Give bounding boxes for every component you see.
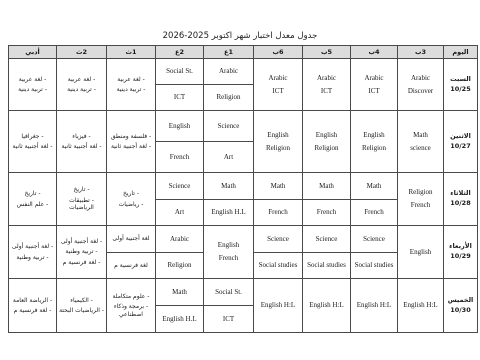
subject-label: Arabic xyxy=(303,74,350,83)
subject-cell-5b-row3: MathFrench xyxy=(302,173,350,226)
subject-label: English xyxy=(351,131,397,140)
column-header-1e: 1ع xyxy=(203,46,253,59)
subject-label: - تربية دينية xyxy=(9,86,56,94)
subject-label: - تربية دينية xyxy=(107,86,155,94)
subject-label: Science xyxy=(351,226,397,252)
subject-cell-4b-row2: EnglishReligion xyxy=(350,111,397,173)
subject-label: Arabic xyxy=(351,74,397,83)
subject-label: لغة فرنسية م xyxy=(107,252,155,279)
subject-label: Religion xyxy=(303,144,350,153)
subject-cell-5b-row5: English H:L xyxy=(302,279,350,333)
document-page: جدول معدل اختبار شهر اكتوبر 2025-2026 ال… xyxy=(0,0,480,360)
subject-label: - تربية وطنية xyxy=(9,254,56,262)
day-cell-10-27: الاثنين10/27 xyxy=(443,111,477,173)
subject-cell-3b-row3: ReligionFrench xyxy=(397,173,443,226)
subject-cell-4b-row5: English H:L xyxy=(350,279,397,333)
subject-cell-adabi-row5: - الرياضة العامة- لغة فرنسية م xyxy=(8,279,56,333)
day-cell-10-30: الخميس10/30 xyxy=(443,279,477,333)
subject-cell-2th-row1: - لغة عربية- تربية دينية xyxy=(56,59,106,111)
subject-cell-1th-row4: لغة أجنبية أولىلغة فرنسية م xyxy=(106,226,155,279)
subject-cell-adabi-row2: - جغرافيا- لغة أجنبية ثانية xyxy=(8,111,56,173)
subject-cell-2e-row5: MathEnglish H.L xyxy=(155,279,203,333)
subject-label: Religion xyxy=(398,188,443,197)
subject-cell-4b-row3: MathFrench xyxy=(350,173,397,226)
subject-label: - تاريخ xyxy=(107,190,155,198)
subject-label: ICT xyxy=(204,305,253,332)
column-header-adabi: أدبي xyxy=(8,46,56,59)
subject-label: French xyxy=(351,199,397,226)
day-date: 10/27 xyxy=(450,142,470,152)
subject-label: Religion xyxy=(204,84,253,110)
subject-label: - لغة أجنبية ثانية xyxy=(107,143,155,151)
subject-label: English H.L xyxy=(156,305,203,332)
day-name: الخميس xyxy=(448,296,474,306)
subject-label: - رياضيات xyxy=(107,201,155,209)
subject-label: - لغة عربية xyxy=(57,76,106,84)
subject-label: English H:L xyxy=(254,301,302,310)
subject-label: English H:L xyxy=(303,301,350,310)
subject-cell-6b-row4: ScienceSocial studies xyxy=(253,226,302,279)
subject-label: English xyxy=(254,131,302,140)
subject-label: - تربية دينية xyxy=(57,86,106,94)
subject-label: Social St. xyxy=(156,59,203,84)
document-title: جدول معدل اختبار شهر اكتوبر 2025-2026 xyxy=(0,31,480,41)
subject-label: - الرياضيات البحتة xyxy=(57,307,106,315)
subject-label: - لغة عربية xyxy=(9,76,56,84)
column-header-1th: 1ث xyxy=(106,46,155,59)
subject-cell-1e-row5: Social St.ICT xyxy=(203,279,253,333)
subject-label: French xyxy=(156,141,203,172)
subject-cell-6b-row1: ArabicICT xyxy=(253,59,302,111)
day-date: 10/28 xyxy=(450,199,470,209)
subject-label: Math xyxy=(398,131,443,140)
subject-label: - لغة فرنسية م xyxy=(57,259,106,267)
subject-label: Art xyxy=(156,199,203,226)
day-cell-10-29: الأربعاء10/29 xyxy=(443,226,477,279)
subject-label: English xyxy=(303,131,350,140)
subject-label: - الرياضة العامة xyxy=(9,297,56,305)
subject-label: Religion xyxy=(351,144,397,153)
subject-cell-6b-row2: EnglishReligion xyxy=(253,111,302,173)
column-header-2e: 2ع xyxy=(155,46,203,59)
subject-cell-6b-row5: English H:L xyxy=(253,279,302,333)
subject-cell-1e-row1: ArabicReligion xyxy=(203,59,253,111)
subject-cell-1th-row2: - فلسفة ومنطق- لغة أجنبية ثانية xyxy=(106,111,155,173)
subject-label: ICT xyxy=(303,87,350,96)
column-header-3b: 3ب xyxy=(397,46,443,59)
subject-cell-1th-row1: - لغة عربية- تربية دينية xyxy=(106,59,155,111)
day-cell-10-28: الثلاثاء10/28 xyxy=(443,173,477,226)
subject-label: Arabic xyxy=(156,226,203,252)
subject-cell-4b-row4: ScienceSocial studies xyxy=(350,226,397,279)
subject-cell-3b-row1: ArabicDiscover xyxy=(397,59,443,111)
subject-label: - تطبيقات الرياضيات xyxy=(57,197,106,212)
subject-cell-2th-row3: - تاريخ- تطبيقات الرياضيات xyxy=(56,173,106,226)
subject-label: Math xyxy=(351,173,397,199)
subject-cell-5b-row1: ArabicICT xyxy=(302,59,350,111)
day-name: الثلاثاء xyxy=(450,189,470,199)
subject-cell-2th-row4: - لغة أجنبية أولى- تربية وطنية- لغة فرنس… xyxy=(56,226,106,279)
column-header-4b: 4ب xyxy=(350,46,397,59)
subject-label: - تاريخ xyxy=(57,186,106,194)
day-cell-10-25: السبت10/25 xyxy=(443,59,477,111)
subject-label: Religion xyxy=(156,252,203,279)
subject-label: - علم النفس xyxy=(9,201,56,209)
subject-label: Science xyxy=(254,226,302,252)
subject-cell-adabi-row3: - تاريخ- علم النفس xyxy=(8,173,56,226)
subject-label: Science xyxy=(156,173,203,199)
subject-label: Math xyxy=(254,173,302,199)
subject-label: Arabic xyxy=(398,74,443,83)
subject-label: English H:L xyxy=(398,301,443,310)
subject-label: ICT xyxy=(254,87,302,96)
day-date: 10/30 xyxy=(450,306,470,316)
subject-label: Science xyxy=(303,226,350,252)
day-name: الأربعاء xyxy=(449,242,472,252)
subject-label: French xyxy=(303,199,350,226)
exam-timetable: اليوم3ب4ب5ب6ب1ع2ع1ث2ثأدبيالسبت10/25Arabi… xyxy=(8,45,478,333)
subject-label: Religion xyxy=(254,144,302,153)
subject-label: - تاريخ xyxy=(9,190,56,198)
subject-label: Arabic xyxy=(204,59,253,84)
subject-cell-2th-row5: - الكيمياء- الرياضيات البحتة xyxy=(56,279,106,333)
subject-cell-2e-row2: EnglishFrench xyxy=(155,111,203,173)
subject-cell-4b-row1: ArabicICT xyxy=(350,59,397,111)
subject-label: English xyxy=(398,248,443,257)
subject-cell-1th-row5: - علوم متكاملة- برمجة وذكاء اصطناعي xyxy=(106,279,155,333)
subject-label: Social studies xyxy=(351,252,397,279)
subject-label: - لغة أجنبية ثانية xyxy=(9,143,56,151)
subject-cell-6b-row3: MathFrench xyxy=(253,173,302,226)
column-header-5b: 5ب xyxy=(302,46,350,59)
subject-cell-3b-row2: Mathscience xyxy=(397,111,443,173)
subject-label: Discover xyxy=(398,87,443,96)
subject-cell-2th-row2: - فيزياء- لغة أجنبية ثانية xyxy=(56,111,106,173)
subject-cell-3b-row4: English xyxy=(397,226,443,279)
day-name: الاثنين xyxy=(450,132,471,142)
subject-cell-2e-row3: ScienceArt xyxy=(155,173,203,226)
subject-label: - لغة فرنسية م xyxy=(9,307,56,315)
subject-label: Social studies xyxy=(303,252,350,279)
subject-label: Arabic xyxy=(254,74,302,83)
column-header-day: اليوم xyxy=(443,46,477,59)
subject-label: English xyxy=(156,111,203,141)
subject-label: - لغة أجنبية أولى xyxy=(57,238,106,246)
subject-cell-2e-row1: Social St.ICT xyxy=(155,59,203,111)
subject-label: French xyxy=(204,254,253,263)
subject-label: - لغة عربية xyxy=(107,76,155,84)
day-date: 10/25 xyxy=(450,85,470,95)
subject-label: Social studies xyxy=(254,252,302,279)
subject-cell-5b-row2: EnglishReligion xyxy=(302,111,350,173)
subject-cell-1e-row3: MathEnglish H.L xyxy=(203,173,253,226)
subject-label: science xyxy=(398,144,443,153)
subject-label: - فيزياء xyxy=(57,133,106,141)
subject-cell-adabi-row4: - لغة أجنبية أولى- تربية وطنية xyxy=(8,226,56,279)
subject-label: - علوم متكاملة xyxy=(107,293,155,301)
subject-cell-1e-row4: EnglishFrench xyxy=(203,226,253,279)
column-header-2th: 2ث xyxy=(56,46,106,59)
subject-label: - برمجة وذكاء اصطناعي xyxy=(107,303,155,318)
subject-cell-adabi-row1: - لغة عربية- تربية دينية xyxy=(8,59,56,111)
subject-label: - الكيمياء xyxy=(57,297,106,305)
subject-label: - لغة أجنبية أولى xyxy=(9,243,56,251)
subject-cell-1th-row3: - تاريخ- رياضيات xyxy=(106,173,155,226)
subject-label: Math xyxy=(204,173,253,199)
subject-label: Science xyxy=(204,111,253,141)
subject-label: Social St. xyxy=(204,279,253,305)
subject-label: - تربية وطنية xyxy=(57,248,106,256)
column-header-6b: 6ب xyxy=(253,46,302,59)
subject-label: French xyxy=(254,199,302,226)
subject-label: لغة أجنبية أولى xyxy=(107,226,155,252)
subject-label: English H.L xyxy=(204,199,253,226)
subject-label: English H:L xyxy=(351,301,397,310)
subject-label: Math xyxy=(303,173,350,199)
day-name: السبت xyxy=(450,75,471,85)
subject-label: Math xyxy=(156,279,203,305)
subject-cell-5b-row4: ScienceSocial studies xyxy=(302,226,350,279)
subject-label: Art xyxy=(204,141,253,172)
subject-label: ICT xyxy=(351,87,397,96)
subject-cell-1e-row2: ScienceArt xyxy=(203,111,253,173)
day-date: 10/29 xyxy=(450,252,470,262)
subject-label: - لغة أجنبية ثانية xyxy=(57,143,106,151)
subject-label: French xyxy=(398,201,443,210)
subject-label: - جغرافيا xyxy=(9,133,56,141)
subject-label: English xyxy=(204,241,253,250)
subject-cell-3b-row5: English H:L xyxy=(397,279,443,333)
subject-label: ICT xyxy=(156,84,203,110)
subject-label: - فلسفة ومنطق xyxy=(107,133,155,141)
subject-cell-2e-row4: ArabicReligion xyxy=(155,226,203,279)
